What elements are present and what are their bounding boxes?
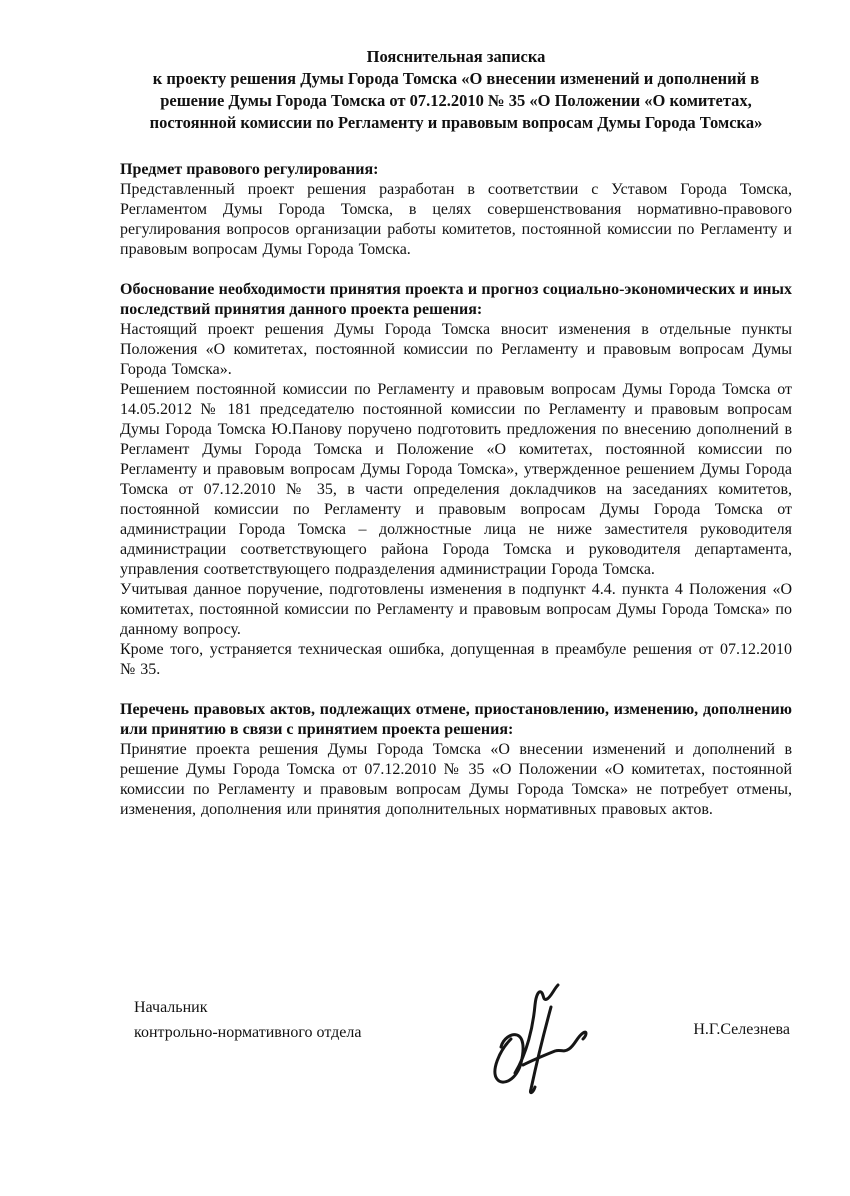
signer-position-line2: контрольно-нормативного отдела (134, 1024, 361, 1041)
signer-position-line1: Начальник (134, 999, 207, 1016)
section-paragraph: Представленный проект решения разработан… (120, 180, 792, 260)
section-heading: Перечень правовых актов, подлежащих отме… (120, 700, 792, 740)
section-paragraph: Учитывая данное поручение, подготовлены … (120, 580, 792, 640)
handwritten-signature-icon (475, 977, 595, 1097)
section-paragraph: Кроме того, устраняется техническая ошиб… (120, 640, 792, 680)
section-paragraph: Принятие проекта решения Думы Города Том… (120, 740, 792, 820)
document-page: Пояснительная записка к проекту решения … (0, 0, 850, 1196)
document-subtitle: к проекту решения Думы Города Томска «О … (120, 68, 792, 134)
section-legal-acts: Перечень правовых актов, подлежащих отме… (120, 700, 792, 820)
section-heading: Обоснование необходимости принятия проек… (120, 280, 792, 320)
signer-name: Н.Г.Селезнева (693, 1017, 790, 1042)
document-title-line: Пояснительная записка (120, 46, 792, 68)
section-heading: Предмет правового регулирования: (120, 160, 792, 180)
section-paragraph: Настоящий проект решения Думы Города Том… (120, 320, 792, 380)
section-subject: Предмет правового регулирования: Предста… (120, 160, 792, 260)
document-title: Пояснительная записка к проекту решения … (120, 46, 792, 134)
section-paragraph: Решением постоянной комиссии по Регламен… (120, 380, 792, 580)
section-justification: Обоснование необходимости принятия проек… (120, 280, 792, 680)
signature-block: Начальник контрольно-нормативного отдела… (120, 995, 792, 1045)
signer-position: Начальник контрольно-нормативного отдела (120, 995, 361, 1045)
